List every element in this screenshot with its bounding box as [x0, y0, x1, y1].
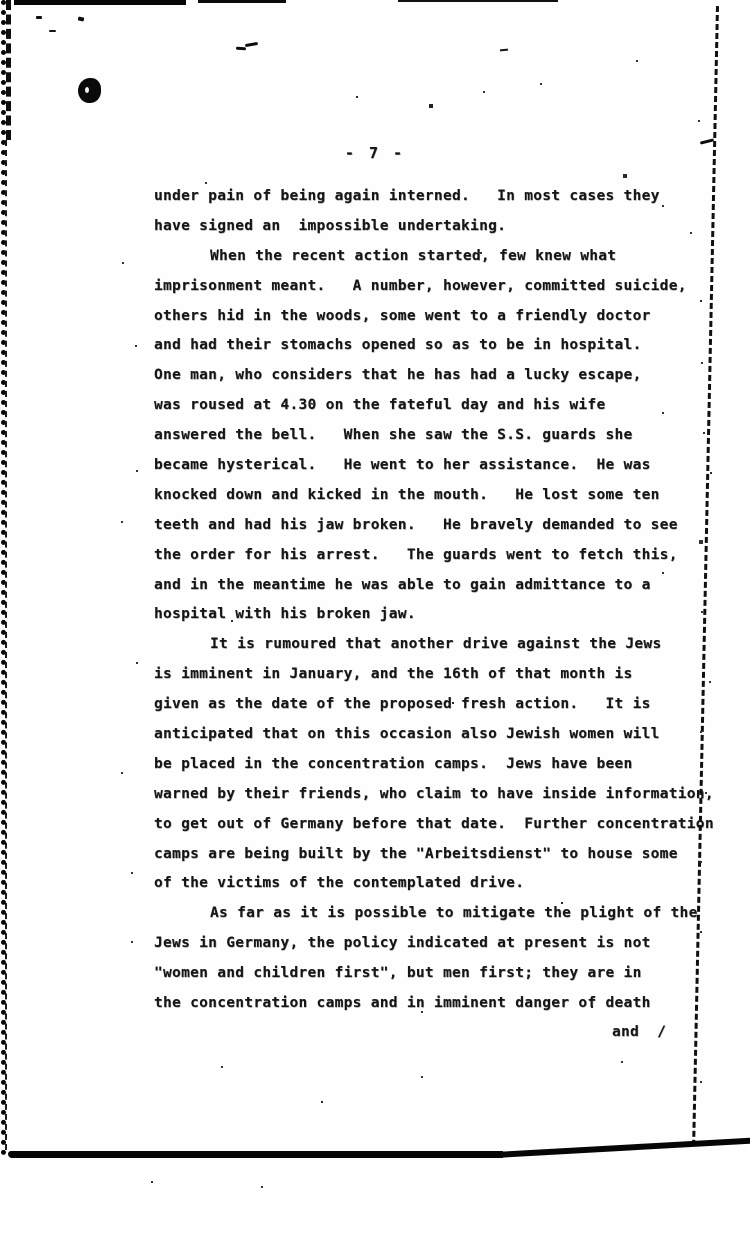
scanned-document-page: - 7 - under pain of being again interned… — [0, 0, 750, 1238]
catchword: and / — [612, 1024, 666, 1040]
text-line: camps are being built by the "Arbeitsdie… — [154, 841, 729, 871]
text-line: warned by their friends, who claim to ha… — [154, 781, 729, 811]
pencil-tick-mark — [245, 42, 258, 47]
text-line: became hysterical. He went to her assist… — [154, 452, 729, 482]
pencil-tick-mark — [236, 47, 246, 51]
text-line: teeth and had his jaw broken. He bravely… — [154, 512, 729, 542]
text-line: given as the date of the proposed fresh … — [154, 691, 729, 721]
scan-bottom-edge-artifact — [495, 1138, 750, 1158]
text-line: When the recent action started, few knew… — [154, 243, 729, 273]
text-line: be placed in the concentration camps. Je… — [154, 751, 729, 781]
text-line: "women and children first", but men firs… — [154, 960, 729, 990]
text-line: One man, who considers that he has had a… — [154, 362, 729, 392]
text-line: imprisonment meant. A number, however, c… — [154, 273, 729, 303]
text-line: It is rumoured that another drive agains… — [154, 631, 729, 661]
ink-blot-mark — [78, 78, 101, 103]
scan-bottom-edge-artifact — [8, 1151, 503, 1158]
text-line: As far as it is possible to mitigate the… — [154, 900, 729, 930]
text-line: hospital with his broken jaw. — [154, 601, 729, 631]
pencil-tick-mark — [49, 30, 56, 32]
scan-left-edge-artifact — [5, 140, 7, 1150]
text-line: the order for his arrest. The guards wen… — [154, 542, 729, 572]
text-line: the concentration camps and in imminent … — [154, 990, 729, 1020]
pencil-tick-mark — [500, 49, 508, 52]
text-line: knocked down and kicked in the mouth. He… — [154, 482, 729, 512]
scan-left-edge-artifact — [6, 0, 11, 140]
text-line: is imminent in January, and the 16th of … — [154, 661, 729, 691]
text-line: have signed an impossible undertaking. — [154, 213, 729, 243]
text-line: and in the meantime he was able to gain … — [154, 572, 729, 602]
text-line: under pain of being again interned. In m… — [154, 183, 729, 213]
page-number: - 7 - — [0, 144, 750, 162]
scan-top-edge-artifact — [14, 0, 186, 5]
pencil-tick-mark — [78, 16, 85, 21]
text-line: Jews in Germany, the policy indicated at… — [154, 930, 729, 960]
document-body: under pain of being again interned. In m… — [154, 183, 729, 1020]
text-line: others hid in the woods, some went to a … — [154, 303, 729, 333]
text-line: answered the bell. When she saw the S.S.… — [154, 422, 729, 452]
text-line: was roused at 4.30 on the fateful day an… — [154, 392, 729, 422]
scan-top-edge-artifact — [398, 0, 558, 2]
scan-top-edge-artifact — [198, 0, 286, 3]
scan-noise-speckles — [0, 0, 2, 2]
text-line: to get out of Germany before that date. … — [154, 811, 729, 841]
text-line: of the victims of the contemplated drive… — [154, 870, 729, 900]
text-line: anticipated that on this occasion also J… — [154, 721, 729, 751]
text-line: and had their stomachs opened so as to b… — [154, 332, 729, 362]
pencil-tick-mark — [36, 16, 42, 19]
